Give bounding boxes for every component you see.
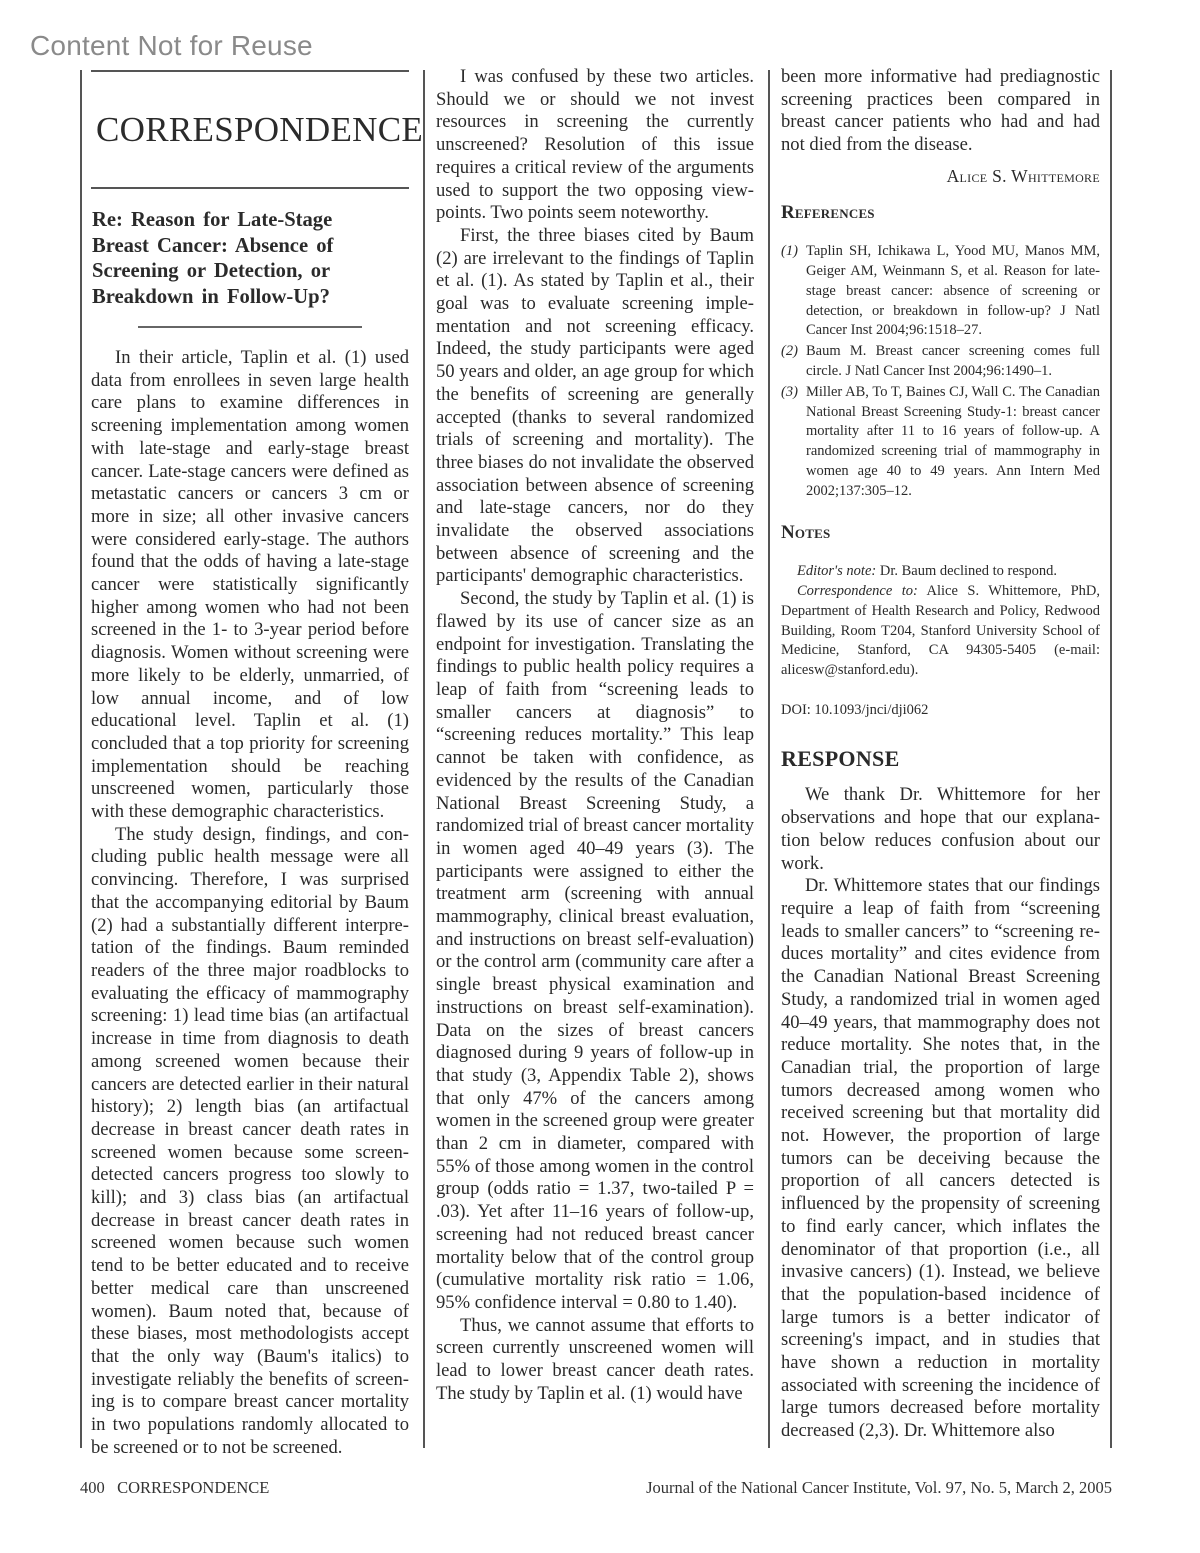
reference-item: (2) Baum M. Breast cancer screening come… (781, 342, 1100, 382)
letter-paragraph: I was confused by these two articles. Sh… (436, 66, 754, 225)
column-rule-1 (423, 70, 425, 1448)
headline-rule (138, 326, 362, 328)
letter-headline: Re: Reason for Late-Stage Breast Cancer:… (92, 208, 392, 310)
editor-note-label: Editor's note: (797, 563, 876, 579)
editor-note-text: Dr. Baum declined to respond. (880, 563, 1057, 579)
references-list: (1) Taplin SH, Ichikawa L, Yood MU, Mano… (781, 242, 1100, 501)
column-rule-left (80, 70, 82, 1448)
column-3: been more informative had prediagnos­tic… (781, 66, 1100, 1443)
notes-heading: Notes (781, 522, 1100, 545)
notes-block: Editor's note: Dr. Baum declined to resp… (781, 562, 1100, 681)
letter-signature: Alice S. Whittemore (781, 165, 1100, 188)
reference-number: (3) (781, 383, 806, 502)
column-1: In their article, Taplin et al. (1) used… (91, 347, 409, 1459)
column-rule-right (1110, 70, 1112, 1448)
column-2: I was confused by these two articles. Sh… (436, 66, 754, 1405)
footer-left: 400 CORRESPONDENCE (80, 1478, 269, 1498)
reference-text: Baum M. Breast cancer screening comes fu… (806, 342, 1100, 382)
page-number: 400 (80, 1478, 105, 1497)
letter-paragraph: First, the three biases cited by Baum (2… (436, 225, 754, 588)
letter-paragraph: Second, the study by Taplin et al. (1) i… (436, 588, 754, 1315)
response-paragraph: We thank Dr. Whittemore for her observat… (781, 784, 1100, 875)
reference-number: (1) (781, 242, 806, 341)
letter-paragraph: The study design, findings, and con­clud… (91, 824, 409, 1460)
reference-text: Taplin SH, Ichikawa L, Yood MU, Manos MM… (806, 242, 1100, 341)
reference-item: (1) Taplin SH, Ichikawa L, Yood MU, Mano… (781, 242, 1100, 341)
column-rule-2 (768, 70, 770, 1448)
reference-item: (3) Miller AB, To T, Baines CJ, Wall C. … (781, 383, 1100, 502)
response-heading: RESPONSE (781, 748, 1100, 771)
letter-continuation: been more informative had prediagnos­tic… (781, 66, 1100, 157)
title-top-rule (91, 70, 409, 72)
footer-section: CORRESPONDENCE (117, 1478, 269, 1497)
doi: DOI: 10.1093/jnci/dji062 (781, 699, 1100, 722)
watermark: Content Not for Reuse (30, 30, 313, 62)
correspondence-label: Correspondence to: (797, 583, 918, 599)
letter-paragraph: Thus, we cannot assume that efforts to s… (436, 1315, 754, 1406)
footer-journal: Journal of the National Cancer Institute… (646, 1478, 1112, 1498)
section-title: CORRESPONDENCE (96, 110, 423, 150)
letter-paragraph: In their article, Taplin et al. (1) used… (91, 347, 409, 824)
reference-number: (2) (781, 342, 806, 382)
reference-text: Miller AB, To T, Baines CJ, Wall C. The … (806, 383, 1100, 502)
title-bottom-rule (91, 187, 409, 189)
references-heading: References (781, 202, 1100, 225)
response-paragraph: Dr. Whittemore states that our findings … (781, 875, 1100, 1443)
